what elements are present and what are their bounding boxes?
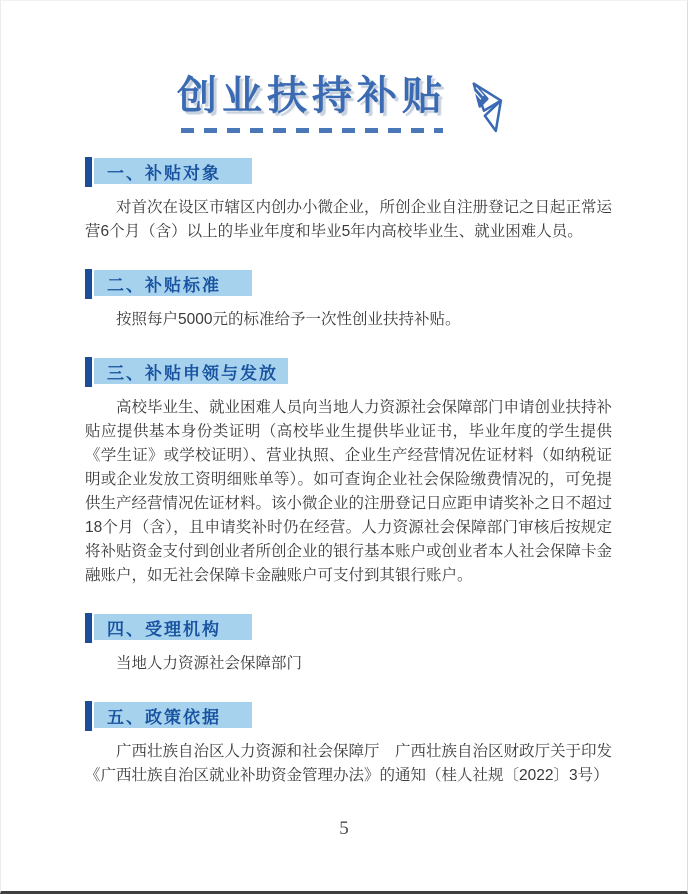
section-header: 四、受理机构 xyxy=(85,614,612,640)
section-header-bar xyxy=(85,269,92,299)
section-title: 四、受理机构 xyxy=(107,615,221,640)
section-header: 五、政策依据 xyxy=(85,702,612,728)
title-row: 创业扶持补贴 xyxy=(0,0,688,140)
title-block: 创业扶持补贴 xyxy=(177,74,447,133)
section-body: 广西壮族自治区人力资源和社会保障厅 广西壮族自治区财政厅关于印发《广西壮族自治区… xyxy=(85,740,612,788)
section-header-bar xyxy=(85,613,92,643)
section-header: 一、补贴对象 xyxy=(85,158,612,184)
policy-section: 一、补贴对象 对首次在设区市辖区内创办小微企业，所创企业自注册登记之日起正常运营… xyxy=(85,158,612,244)
section-header-background: 一、补贴对象 xyxy=(94,158,252,184)
policy-section: 五、政策依据 广西壮族自治区人力资源和社会保障厅 广西壮族自治区财政厅关于印发《… xyxy=(85,702,612,788)
section-body: 对首次在设区市辖区内创办小微企业，所创企业自注册登记之日起正常运营6个月（含）以… xyxy=(85,196,612,244)
section-header-bar xyxy=(85,357,92,387)
paper-plane-icon xyxy=(457,78,511,140)
page-title: 创业扶持补贴 xyxy=(177,74,447,118)
section-header-background: 五、政策依据 xyxy=(94,702,252,728)
page-number: 5 xyxy=(0,818,688,840)
section-body: 按照每户5000元的标准给予一次性创业扶持补贴。 xyxy=(85,308,612,332)
section-body: 高校毕业生、就业困难人员向当地人力资源社会保障部门申请创业扶持补贴应提供基本身份… xyxy=(85,396,612,588)
section-header-background: 二、补贴标准 xyxy=(94,270,252,296)
section-header-bar xyxy=(85,157,92,187)
title-dashed-underline xyxy=(181,128,443,133)
policy-section: 三、补贴申领与发放 高校毕业生、就业困难人员向当地人力资源社会保障部门申请创业扶… xyxy=(85,358,612,588)
section-title: 一、补贴对象 xyxy=(107,159,221,184)
section-body: 当地人力资源社会保障部门 xyxy=(85,652,612,676)
section-title: 三、补贴申领与发放 xyxy=(107,359,278,384)
policy-section: 四、受理机构 当地人力资源社会保障部门 xyxy=(85,614,612,676)
document-page: 创业扶持补贴 一、补贴对象 对首次在设区市辖区内创办小微企业，所创企业自注册登记… xyxy=(0,0,688,894)
section-title: 二、补贴标准 xyxy=(107,271,221,296)
policy-section: 二、补贴标准 按照每户5000元的标准给予一次性创业扶持补贴。 xyxy=(85,270,612,332)
section-header: 二、补贴标准 xyxy=(85,270,612,296)
sections: 一、补贴对象 对首次在设区市辖区内创办小微企业，所创企业自注册登记之日起正常运营… xyxy=(0,158,688,788)
section-header: 三、补贴申领与发放 xyxy=(85,358,612,384)
section-header-background: 四、受理机构 xyxy=(94,614,252,640)
section-header-background: 三、补贴申领与发放 xyxy=(94,358,288,384)
section-header-bar xyxy=(85,701,92,731)
section-title: 五、政策依据 xyxy=(107,703,221,728)
